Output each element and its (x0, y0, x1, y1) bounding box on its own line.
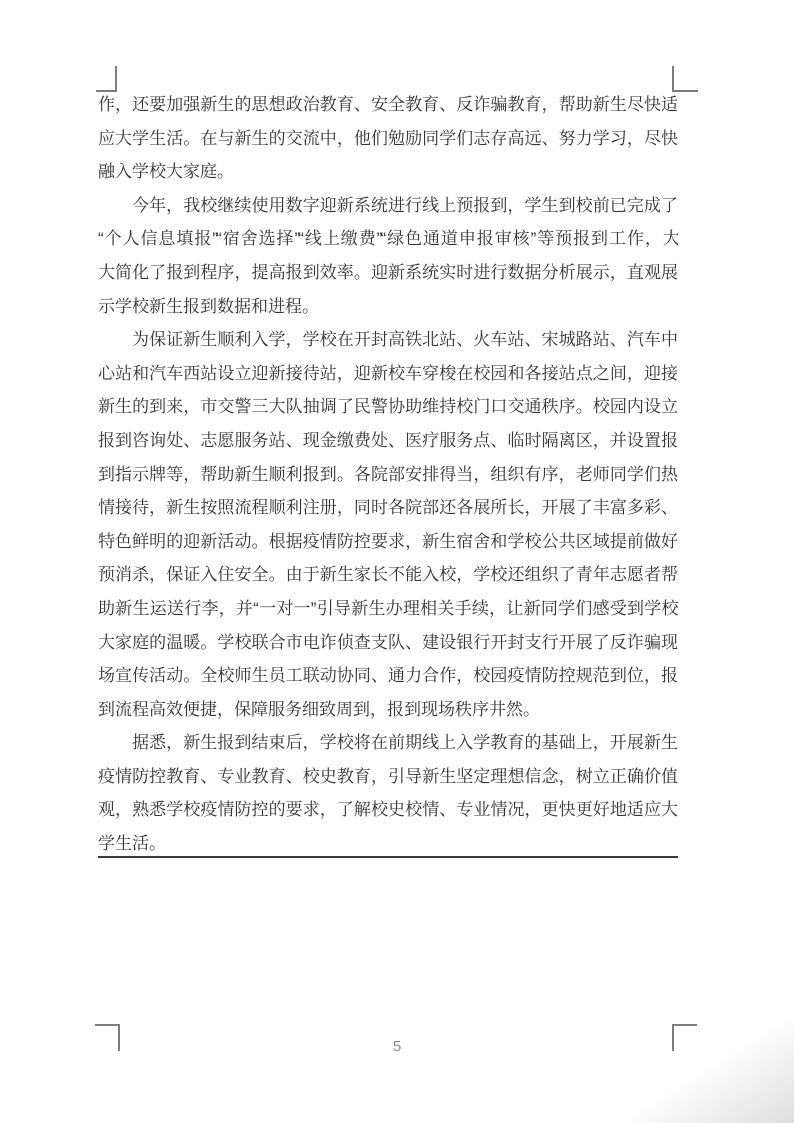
text-line: 到指示牌等，帮助新生顺利报到。各院部安排得当，组织有序，老师同学们热 (98, 458, 678, 492)
text-line: 融入学校大家庭。 (98, 155, 678, 189)
text-line: 场宣传活动。全校师生员工联动协同、通力合作，校园疫情防控规范到位，报 (98, 659, 678, 693)
text-line: 为保证新生顺利入学，学校在开封高铁北站、火车站、宋城路站、汽车中 (98, 323, 678, 357)
text-line: 观，熟悉学校疫情防控的要求，了解校史校情、专业情况，更快更好地适应大 (98, 793, 678, 827)
text-line: 今年，我校继续使用数字迎新系统进行线上预报到，学生到校前已完成了 (98, 189, 678, 223)
text-line: 预消杀，保证入住安全。由于新生家长不能入校，学校还组织了青年志愿者帮 (98, 558, 678, 592)
text-line: 疫情防控教育、专业教育、校史教育，引导新生坚定理想信念，树立正确价值 (98, 760, 678, 794)
page-number: 5 (0, 1038, 794, 1055)
text-line: 大家庭的温暖。学校联合市电诈侦查支队、建设银行开封支行开展了反诈骗现 (98, 626, 678, 660)
text-body: 作，还要加强新生的思想政治教育、安全教育、反诈骗教育，帮助新生尽快适应大学生活。… (98, 88, 678, 861)
paragraph: 为保证新生顺利入学，学校在开封高铁北站、火车站、宋城路站、汽车中心站和汽车西站设… (98, 323, 678, 726)
text-line: 新生的到来，市交警三大队抽调了民警协助维持校门口交通秩序。校园内设立 (98, 390, 678, 424)
text-line: 据悉，新生报到结束后，学校将在前期线上入学教育的基础上，开展新生 (98, 726, 678, 760)
paragraph: 作，还要加强新生的思想政治教育、安全教育、反诈骗教育，帮助新生尽快适应大学生活。… (98, 88, 678, 189)
horizontal-rule (98, 856, 678, 858)
text-line: 特色鲜明的迎新活动。根据疫情防控要求，新生宿舍和学校公共区域提前做好 (98, 525, 678, 559)
page-container: 作，还要加强新生的思想政治教育、安全教育、反诈骗教育，帮助新生尽快适应大学生活。… (0, 0, 794, 1123)
text-line: 心站和汽车西站设立迎新接待站，迎新校车穿梭在校园和各接站点之间，迎接 (98, 357, 678, 391)
paragraph: 据悉，新生报到结束后，学校将在前期线上入学教育的基础上，开展新生疫情防控教育、专… (98, 726, 678, 860)
text-line: 到流程高效便捷，保障服务细致周到，报到现场秩序井然。 (98, 693, 678, 727)
text-line: 情接待，新生按照流程顺利注册，同时各院部还各展所长，开展了丰富多彩、 (98, 491, 678, 525)
text-line: 大简化了报到程序，提高报到效率。迎新系统实时进行数据分析展示，直观展 (98, 256, 678, 290)
text-line: 报到咨询处、志愿服务站、现金缴费处、医疗服务点、临时隔离区，并设置报 (98, 424, 678, 458)
text-line: 作，还要加强新生的思想政治教育、安全教育、反诈骗教育，帮助新生尽快适 (98, 88, 678, 122)
paragraph: 今年，我校继续使用数字迎新系统进行线上预报到，学生到校前已完成了“个人信息填报”… (98, 189, 678, 323)
text-line: 示学校新生报到数据和进程。 (98, 290, 678, 324)
text-line: 应大学生活。在与新生的交流中，他们勉励同学们志存高远、努力学习，尽快 (98, 122, 678, 156)
text-line: “个人信息填报”“宿舍选择”“线上缴费”“绿色通道申报审核”等预报到工作，大 (98, 222, 678, 256)
text-line: 助新生运送行李，并“一对一”引导新生办理相关手续，让新同学们感受到学校 (98, 592, 678, 626)
